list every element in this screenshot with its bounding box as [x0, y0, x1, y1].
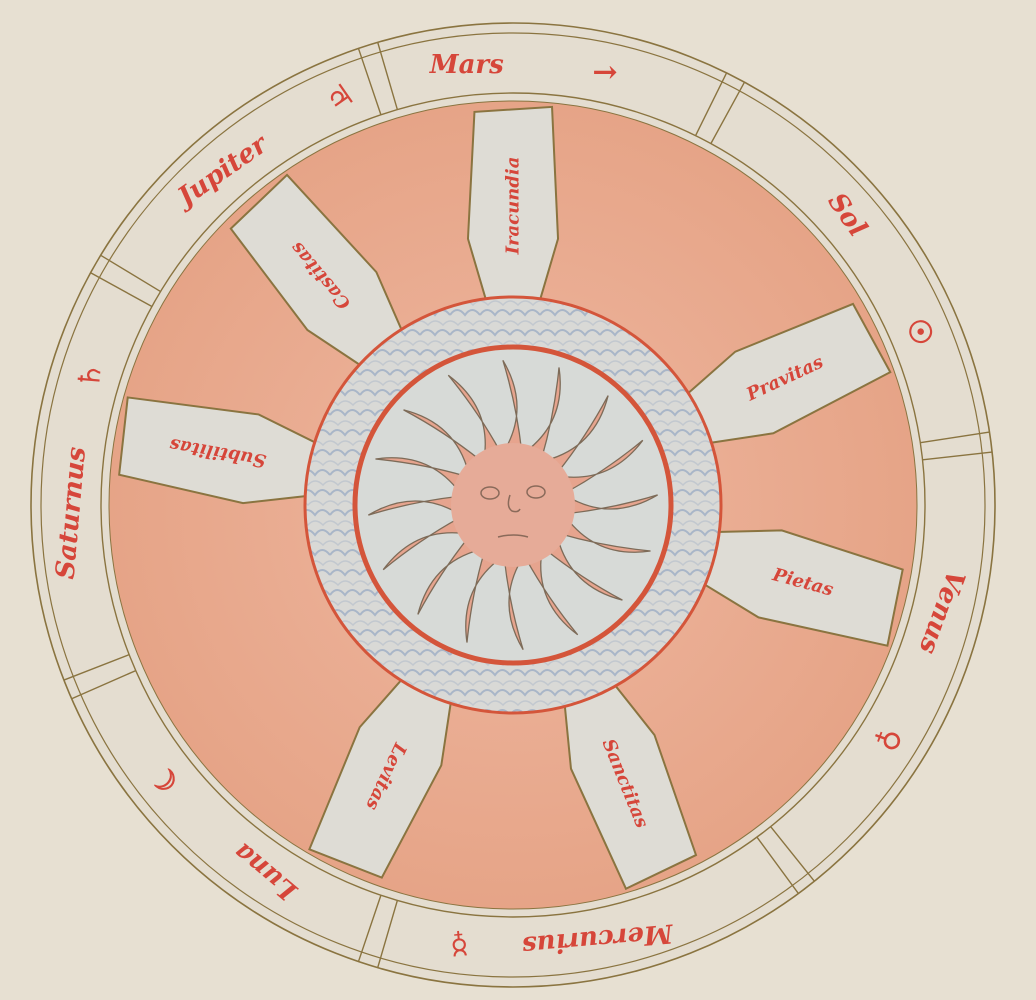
manuscript-page: Mars→Sol☉Venus♀Mercurius☿Luna☾Saturnus♄J…	[0, 0, 1036, 1000]
planetary-wheel-diagram	[0, 0, 1036, 1000]
planet-symbol-mercurius-icon: ☿	[449, 925, 470, 961]
petal-label-iracundia: Iracundia	[502, 156, 523, 254]
planet-symbol-saturnus-icon: ♄	[72, 361, 109, 391]
planet-symbol-mars-icon: →	[592, 55, 617, 90]
sun-face	[451, 443, 575, 567]
sun-medallion	[355, 347, 671, 663]
planet-label-mars: Mars	[430, 50, 504, 80]
